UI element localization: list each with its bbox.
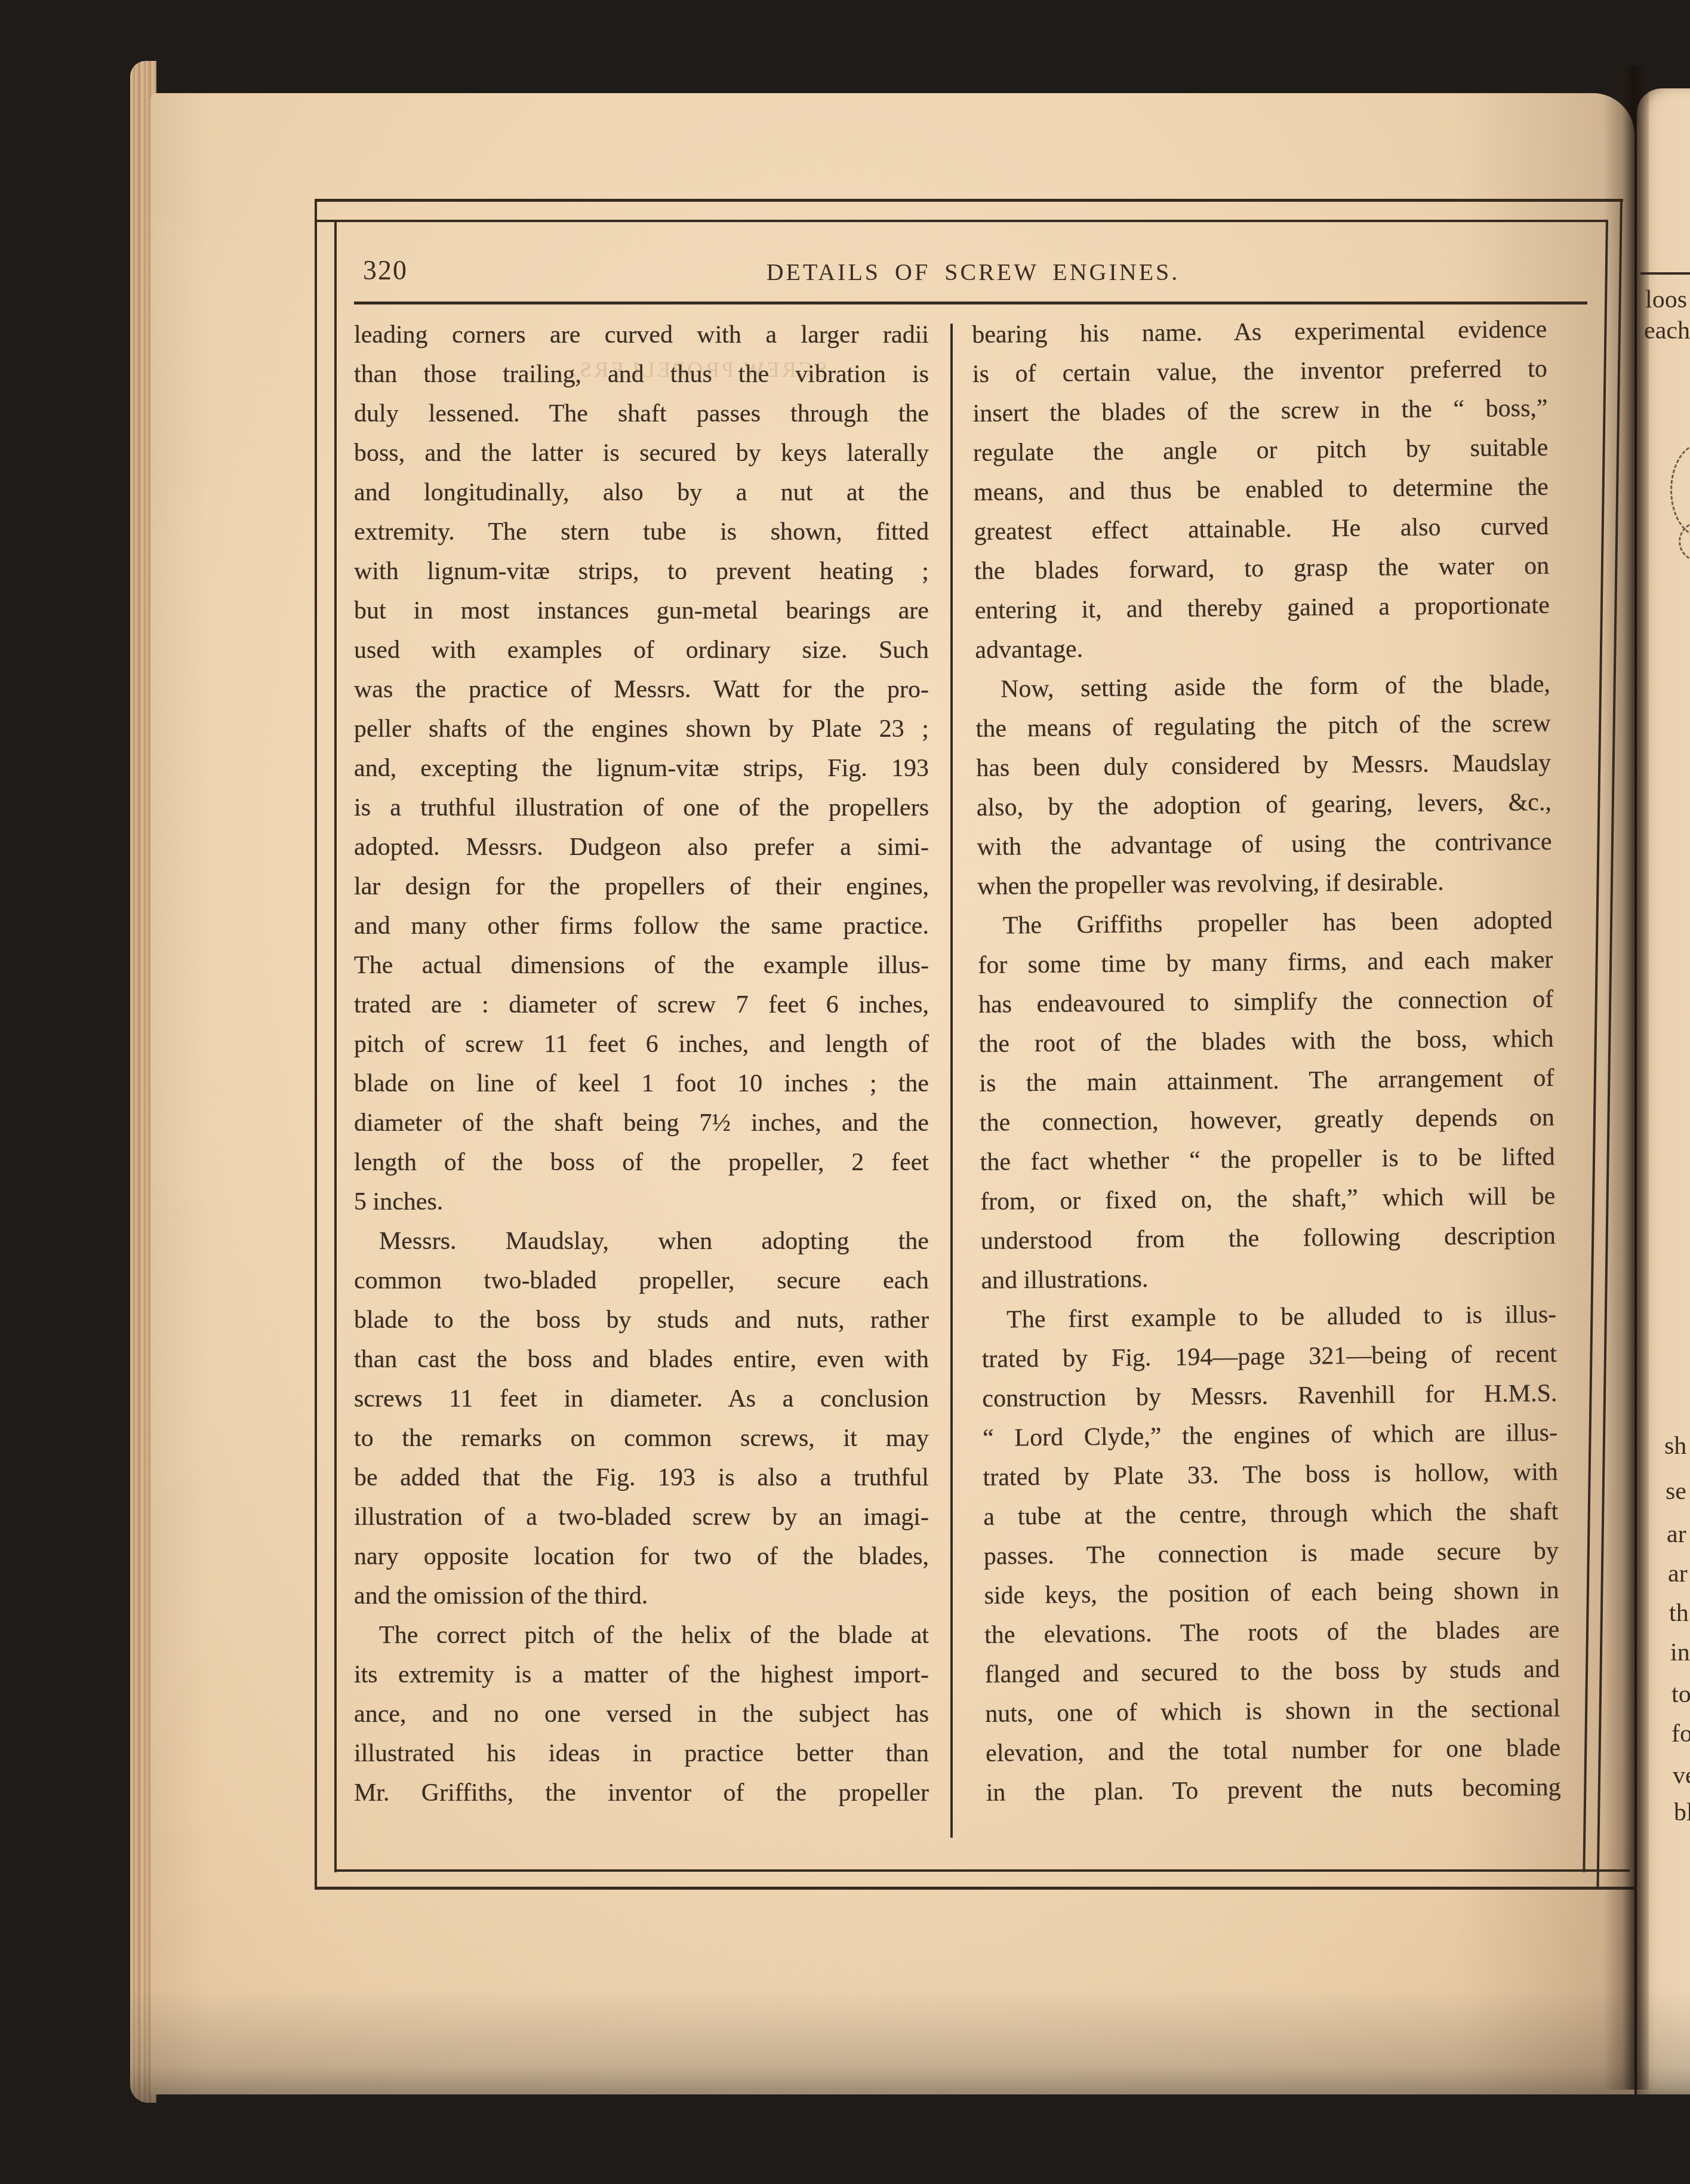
text-line: The first example to be alluded to is il… [981,1295,1557,1340]
frame-rule-left-outer [315,199,317,1890]
text-line: adopted. Messrs. Dudgeon also prefer a s… [354,828,929,867]
text-line: be added that the Fig. 193 is also a tru… [354,1458,929,1497]
text-line: than those trailing, and thus the vibrat… [354,355,929,394]
text-line: blade to the boss by studs and nuts, rat… [354,1300,929,1340]
text-line: lar design for the propellers of their e… [354,867,929,906]
text-line: trated by Plate 33. The boss is hollow, … [983,1453,1558,1497]
text-line: diameter of the shaft being 7½ inches, a… [354,1103,929,1143]
text-line: when the propeller was revolving, if des… [977,862,1553,906]
text-line: trated are : diameter of screw 7 feet 6 … [354,985,929,1025]
text-line: boss, and the latter is secured by keys … [354,433,929,473]
text-line: bearing his name. As experimental eviden… [972,310,1547,355]
header-rule [354,302,1587,304]
text-line: flanged and secured to the boss by studs… [985,1650,1560,1694]
text-line: duly lessened. The shaft passes through … [354,394,929,433]
text-line: and illustrations. [981,1256,1556,1300]
frame-rule-left-inner [334,220,337,1872]
text-line: Now, setting aside the form of the blade… [975,665,1551,709]
text-line: but in most instances gun-metal bearings… [354,591,929,630]
text-line: side keys, the position of each being sh… [984,1571,1559,1616]
text-line: construction by Messrs. Ravenhill for H.… [982,1374,1557,1419]
text-line: was the practice of Messrs. Watt for the… [354,670,929,709]
text-line: illustration of a two-bladed screw by an… [354,1497,929,1537]
text-line: greatest effect attainable. He also curv… [974,507,1549,552]
text-line: the connection, however, greatly depends… [980,1098,1555,1143]
text-line: entering it, and thereby gained a propor… [974,586,1550,630]
text-line: elevation, and the total number for one … [986,1728,1561,1773]
column-divider-rule [950,324,953,1838]
text-line: nary opposite location for two of the bl… [354,1537,929,1576]
text-line: and, excepting the lignum-vitæ strips, F… [354,749,929,788]
frame-rule-top-inner [315,220,1608,222]
page-title: DETAILS OF SCREW ENGINES. [537,258,1409,286]
frame-rule-bottom-inner [334,1869,1630,1872]
text-line: from, or fixed on, the shaft,” which wil… [980,1177,1556,1222]
text-line: length of the boss of the propeller, 2 f… [354,1143,929,1182]
text-line: Messrs. Maudslay, when adopting the [354,1222,929,1261]
text-line: 5 inches. [354,1182,929,1222]
text-line: a tube at the centre, through which the … [983,1492,1559,1537]
text-line: common two-bladed propeller, secure each [354,1261,929,1300]
text-line: and longitudinally, also by a nut at the [354,473,929,512]
text-line: extremity. The stern tube is shown, fitt… [354,512,929,552]
text-line: and many other firms follow the same pra… [354,906,929,946]
text-line: also, by the adoption of gearing, levers… [977,783,1552,828]
text-line: insert the blades of the screw in the “ … [972,389,1548,433]
text-line: to the remarks on common screws, it may [354,1419,929,1458]
text-line: the root of the blades with the boss, wh… [978,1019,1554,1064]
text-line: nuts, one of which is shown in the secti… [985,1689,1560,1734]
text-line: regulate the angle or pitch by suitable [973,428,1549,473]
text-line: The correct pitch of the helix of the bl… [354,1616,929,1655]
text-line: is a truthful illustration of one of the… [354,788,929,828]
text-line: the means of regulating the pitch of the… [975,704,1551,749]
text-line: the blades forward, to grasp the water o… [974,546,1550,591]
text-line: used with examples of ordinary size. Suc… [354,630,929,670]
text-line: is the main attainment. The arrangement … [979,1059,1554,1103]
text-line: has endeavoured to simplify the connecti… [978,980,1554,1025]
frame-rule-top-outer [315,199,1623,202]
text-line: understood from the following descriptio… [981,1216,1556,1261]
text-line: blade on line of keel 1 foot 10 inches ;… [354,1064,929,1103]
text-line: The actual dimensions of the example ill… [354,946,929,985]
text-line: ance, and no one versed in the subject h… [354,1694,929,1734]
page-gutter-shadow [1603,66,1649,2090]
text-line: its extremity is a matter of the highest… [354,1655,929,1694]
scanned-book-photo: { "page": { "number": "320", "header": "… [0,0,1690,2184]
text-line: has been duly considered by Messrs. Maud… [976,743,1552,788]
text-line: pitch of screw 11 feet 6 inches, and len… [354,1025,929,1064]
text-line: leading corners are curved with a larger… [354,315,929,355]
text-line: with lignum-vitæ strips, to prevent heat… [354,552,929,591]
text-column-right: bearing his name. As experimental eviden… [972,310,1561,1813]
text-line: for some time by many firms, and each ma… [978,940,1553,985]
text-line: than cast the boss and blades entire, ev… [354,1340,929,1379]
text-line: trated by Fig. 194—page 321—being of rec… [981,1334,1557,1379]
frame-rule-bottom-outer [315,1887,1643,1890]
text-line: peller shafts of the engines shown by Pl… [354,709,929,749]
text-line: passes. The connection is made secure by [984,1531,1559,1576]
text-line: in the plan. To prevent the nuts becomin… [986,1768,1561,1813]
text-line: screws 11 feet in diameter. As a conclus… [354,1379,929,1419]
text-line: “ Lord Clyde,” the engines of which are … [983,1413,1558,1458]
text-line: illustrated his ideas in practice better… [354,1734,929,1773]
text-line: advantage. [975,625,1550,670]
text-line: means, and thus be enabled to determine … [974,467,1549,512]
text-line: Mr. Griffiths, the inventor of the prope… [354,1773,929,1813]
text-line: the elevations. The roots of the blades … [984,1610,1560,1655]
text-line: the fact whether “ the propeller is to b… [980,1137,1555,1182]
text-line: The Griffiths propeller has been adopted [978,901,1553,946]
text-line: is of certain value, the inventor prefer… [972,349,1548,394]
text-line: with the advantage of using the contriva… [977,822,1552,867]
page-number: 320 [363,254,408,286]
text-column-left: leading corners are curved with a larger… [354,315,929,1813]
text-line: and the omission of the third. [354,1576,929,1616]
